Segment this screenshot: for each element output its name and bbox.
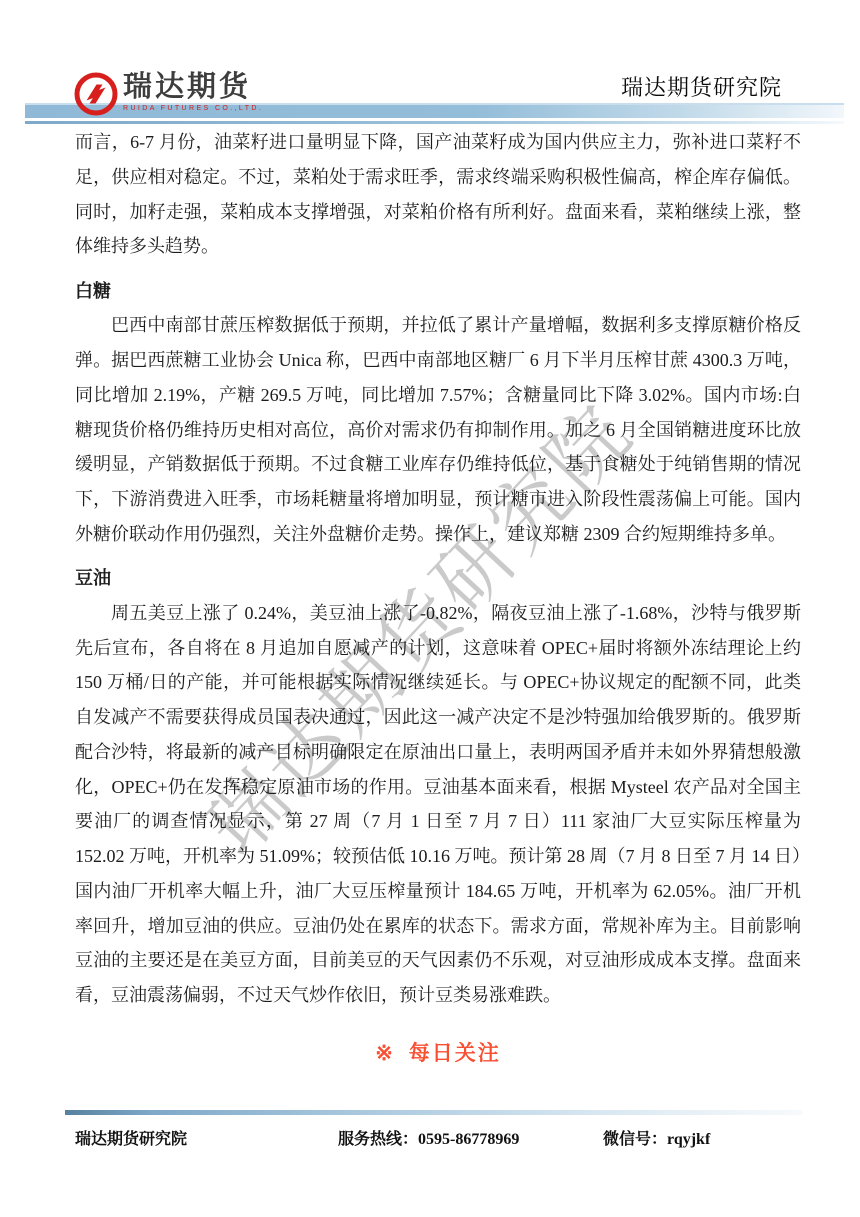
logo-text: 瑞达期货 RUIDA FUTURES CO.,LTD. (123, 70, 263, 112)
footer-wechat-id: rqyjkf (667, 1131, 710, 1148)
footer-wechat: 微信号：rqyjkf (603, 1126, 710, 1149)
footer-divider-line (65, 1110, 802, 1115)
header-institute-title: 瑞达期货研究院 (621, 71, 782, 102)
footer-institute: 瑞达期货研究院 (75, 1126, 187, 1149)
report-body: 而言，6-7 月份，油菜籽进口量明显下降，国产油菜籽成为国内供应主力，弥补进口菜… (75, 125, 801, 1069)
brand-name-en: RUIDA FUTURES CO.,LTD. (123, 105, 263, 112)
footer-hotline-number: 0595-86778969 (418, 1131, 519, 1148)
footer-wechat-label: 微信号： (603, 1131, 667, 1148)
daily-focus-label: 每日关注 (409, 1041, 501, 1065)
daily-focus-heading: ※每日关注 (75, 1037, 801, 1069)
section-text-soybean-oil: 周五美豆上涨了 0.24%，美豆油上涨了-0.82%，隔夜豆油上涨了-1.68%… (75, 596, 801, 1013)
ruida-futures-logo: 瑞达期货 RUIDA FUTURES CO.,LTD. (74, 70, 263, 116)
intro-paragraph: 而言，6-7 月份，油菜籽进口量明显下降，国产油菜籽成为国内供应主力，弥补进口菜… (75, 125, 801, 264)
section-heading-soybean-oil: 豆油 (75, 561, 801, 596)
report-page: 瑞达期货 RUIDA FUTURES CO.,LTD. 瑞达期货研究院 瑞达期货… (0, 0, 860, 1217)
section-heading-sugar: 白糖 (75, 274, 801, 309)
footer-hotline: 服务热线：0595-86778969 (338, 1126, 519, 1149)
section-text-sugar: 巴西中南部甘蔗压榨数据低于预期，并拉低了累计产量增幅，数据利多支撑原糖价格反弹。… (75, 308, 801, 551)
brand-name-cn: 瑞达期货 (123, 70, 263, 104)
reference-mark-icon: ※ (375, 1041, 395, 1065)
header-divider-underline (25, 121, 844, 124)
footer-hotline-label: 服务热线： (338, 1131, 418, 1148)
ruida-logo-icon (74, 72, 118, 116)
